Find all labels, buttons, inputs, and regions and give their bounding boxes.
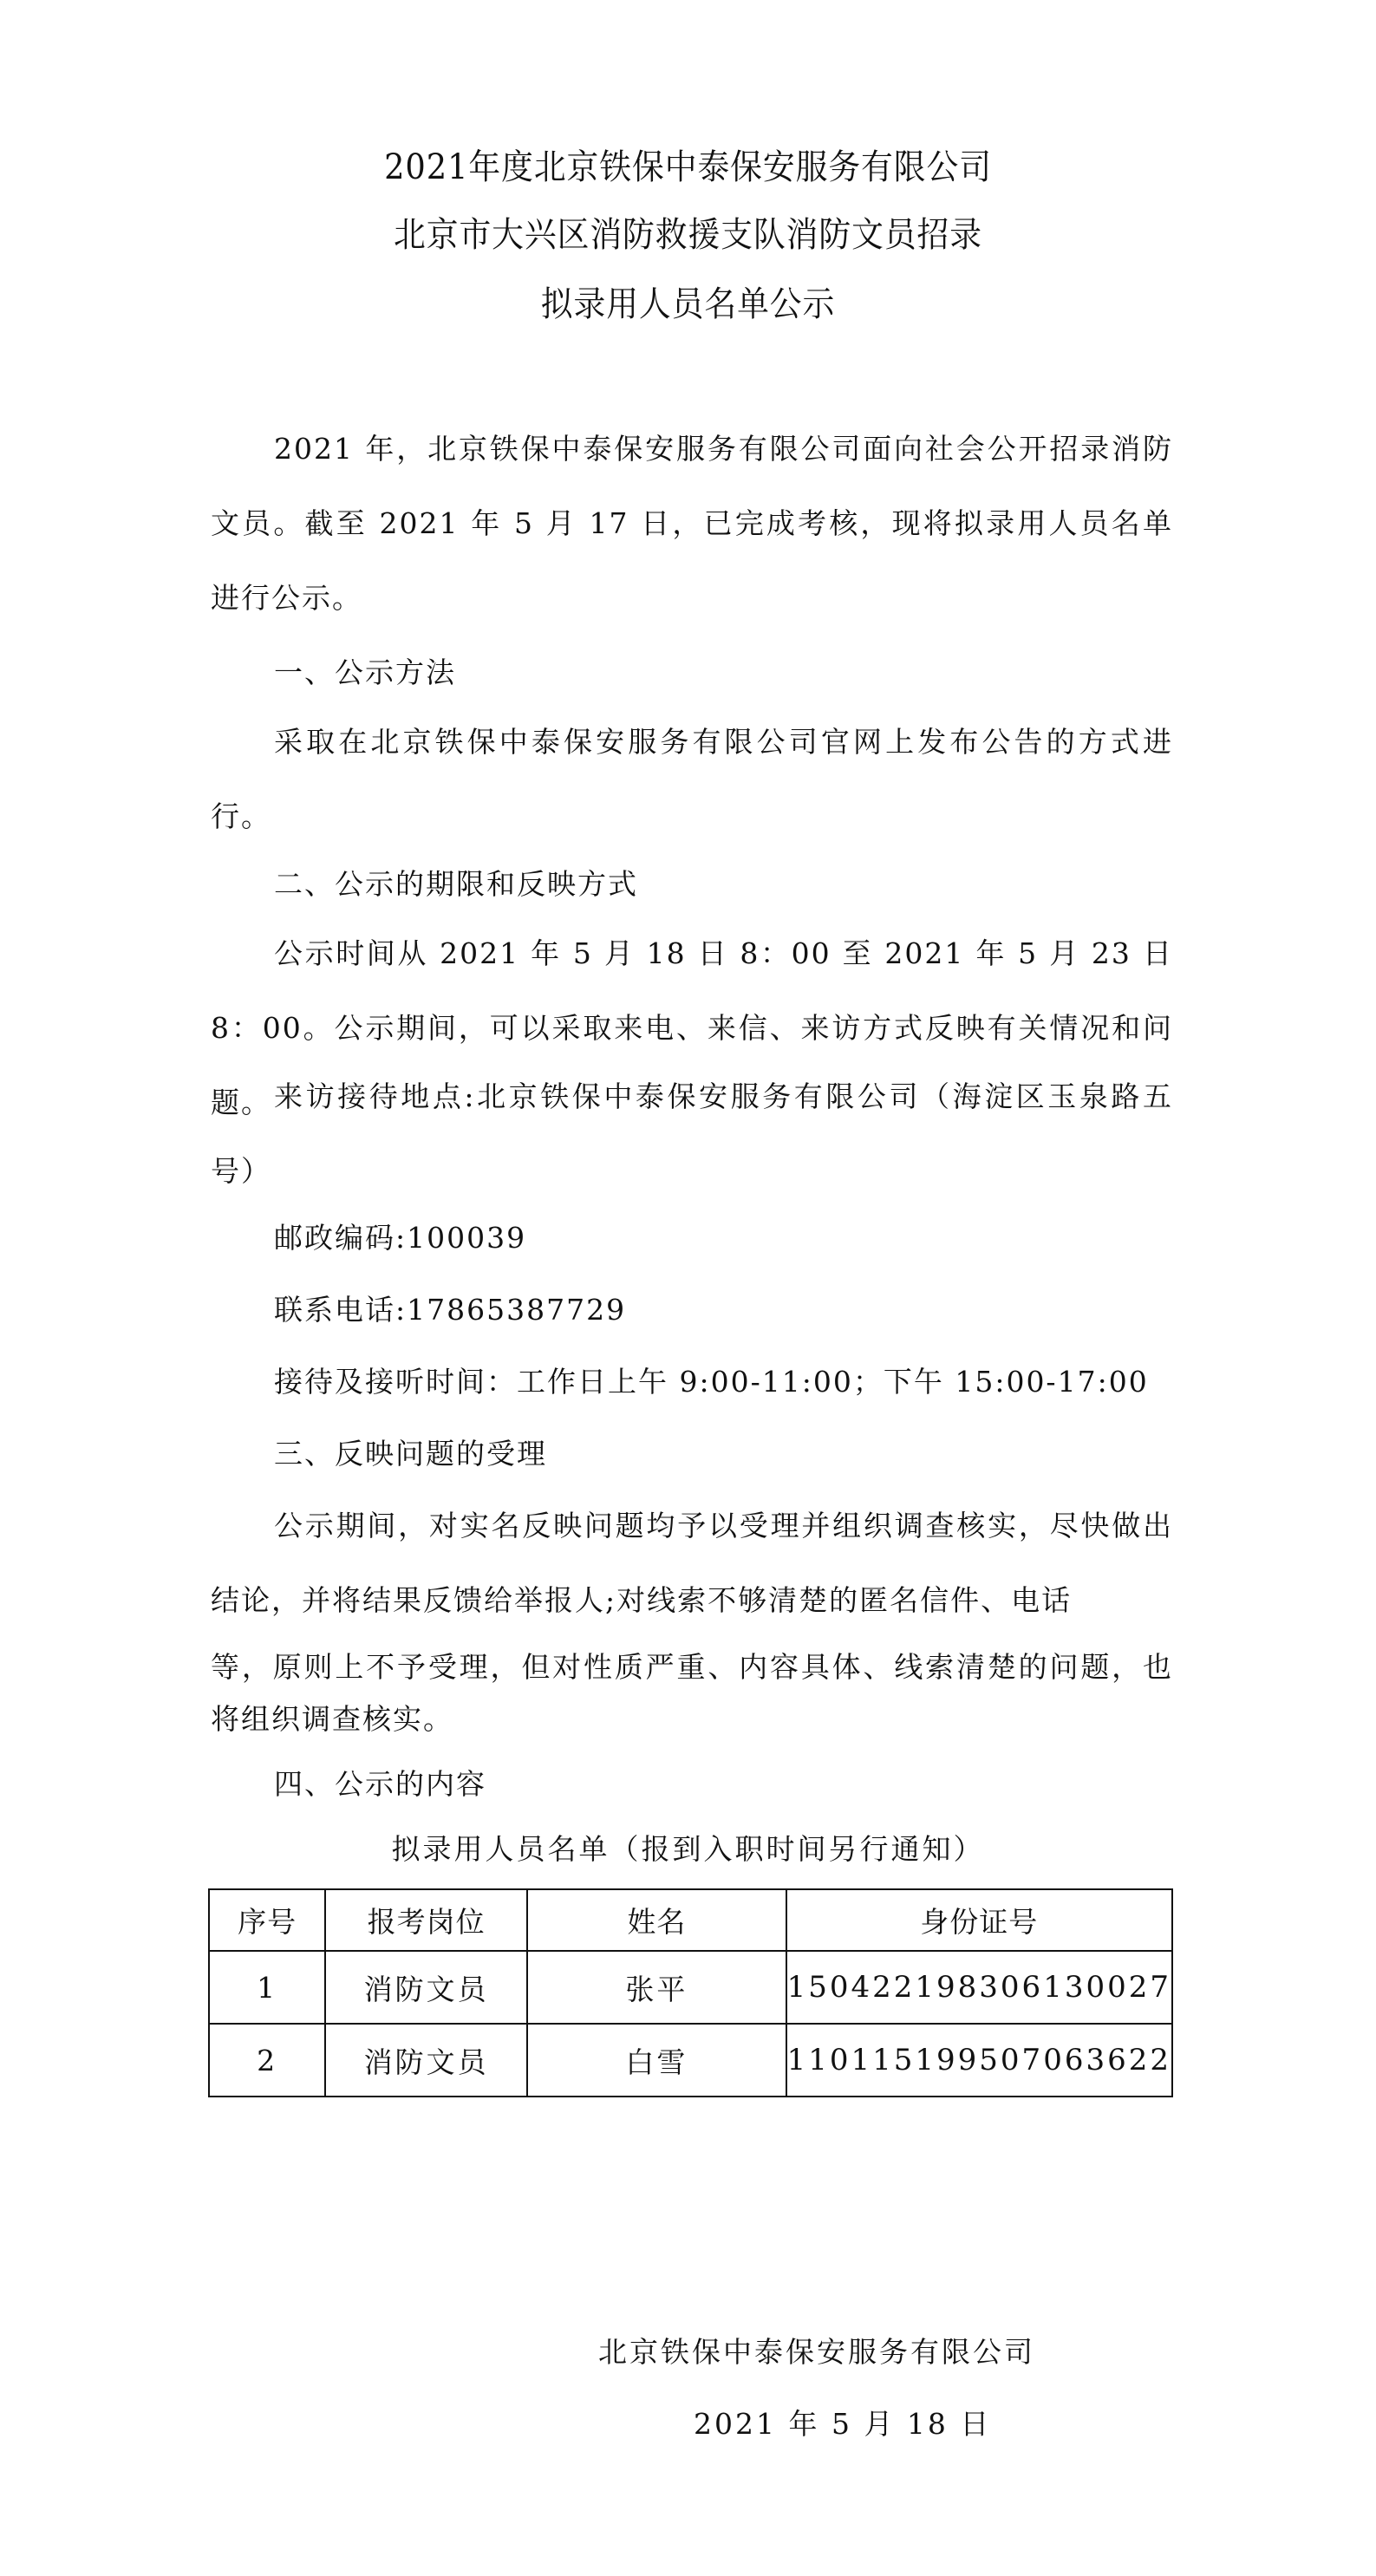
document-page: 2021年度北京铁保中泰保安服务有限公司 北京市大兴区消防救援支队消防文员招录 … — [0, 0, 1376, 2576]
table-caption: 拟录用人员名单（报到入职时间另行通知） — [0, 1829, 1376, 1869]
section-4-heading: 四、公示的内容 — [211, 1747, 1173, 1822]
title-line-2: 北京市大兴区消防救援支队消防文员招录 — [55, 211, 1321, 259]
header-index: 序号 — [209, 1889, 325, 1951]
cell-name: 白雪 — [527, 2024, 786, 2097]
cell-name: 张平 — [527, 1951, 786, 2024]
header-name: 姓名 — [527, 1889, 786, 1951]
cell-index: 1 — [209, 1951, 325, 2024]
cell-position: 消防文员 — [325, 1951, 527, 2024]
section-1-heading: 一、公示方法 — [211, 636, 1173, 710]
section-3-heading: 三、反映问题的受理 — [211, 1417, 1173, 1491]
section-1-body: 采取在北京铁保中泰保安服务有限公司官网上发布公告的方式进行。 — [211, 705, 1173, 854]
table-row: 1 消防文员 张平 150422198306130027 — [209, 1951, 1172, 2024]
section-2-address: 来访接待地点:北京铁保中泰保安服务有限公司（海淀区玉泉路五号） — [211, 1060, 1173, 1209]
section-3-body-part-1: 公示期间，对实名反映问题均予以受理并组织调查核实，尽快做出结论，并将结果反馈给举… — [211, 1489, 1173, 1638]
cell-position: 消防文员 — [325, 2024, 527, 2097]
header-position: 报考岗位 — [325, 1889, 527, 1951]
intro-paragraph: 2021 年，北京铁保中泰保安服务有限公司面向社会公开招录消防文员。截至 202… — [211, 412, 1173, 636]
title-line-1: 2021年度北京铁保中泰保安服务有限公司 — [55, 143, 1321, 192]
section-3-body-part-2: 等，原则上不予受理，但对性质严重、内容具体、线索清楚的问题，也将组织调查核实。 — [211, 1641, 1173, 1745]
title-line-3: 拟录用人员名单公示 — [55, 280, 1321, 329]
section-2-hours: 接待及接听时间：工作日上午 9:00-11:00；下午 15:00-17:00 — [211, 1345, 1173, 1419]
section-2-heading: 二、公示的期限和反映方式 — [211, 847, 1173, 922]
cell-id-number: 150422198306130027 — [786, 1951, 1172, 2024]
section-2-postcode: 邮政编码:100039 — [211, 1201, 1173, 1275]
cell-id-number: 110115199507063622 — [786, 2024, 1172, 2097]
signature-organization: 北京铁保中泰保安服务有限公司 — [598, 2332, 1035, 2372]
header-id-number: 身份证号 — [786, 1889, 1172, 1951]
signature-date: 2021 年 5 月 18 日 — [694, 2404, 991, 2444]
table-row: 2 消防文员 白雪 110115199507063622 — [209, 2024, 1172, 2097]
section-2-phone: 联系电话:17865387729 — [211, 1273, 1173, 1347]
candidate-table: 序号 报考岗位 姓名 身份证号 1 消防文员 张平 15042219830613… — [208, 1888, 1173, 2097]
table-header-row: 序号 报考岗位 姓名 身份证号 — [209, 1889, 1172, 1951]
cell-index: 2 — [209, 2024, 325, 2097]
